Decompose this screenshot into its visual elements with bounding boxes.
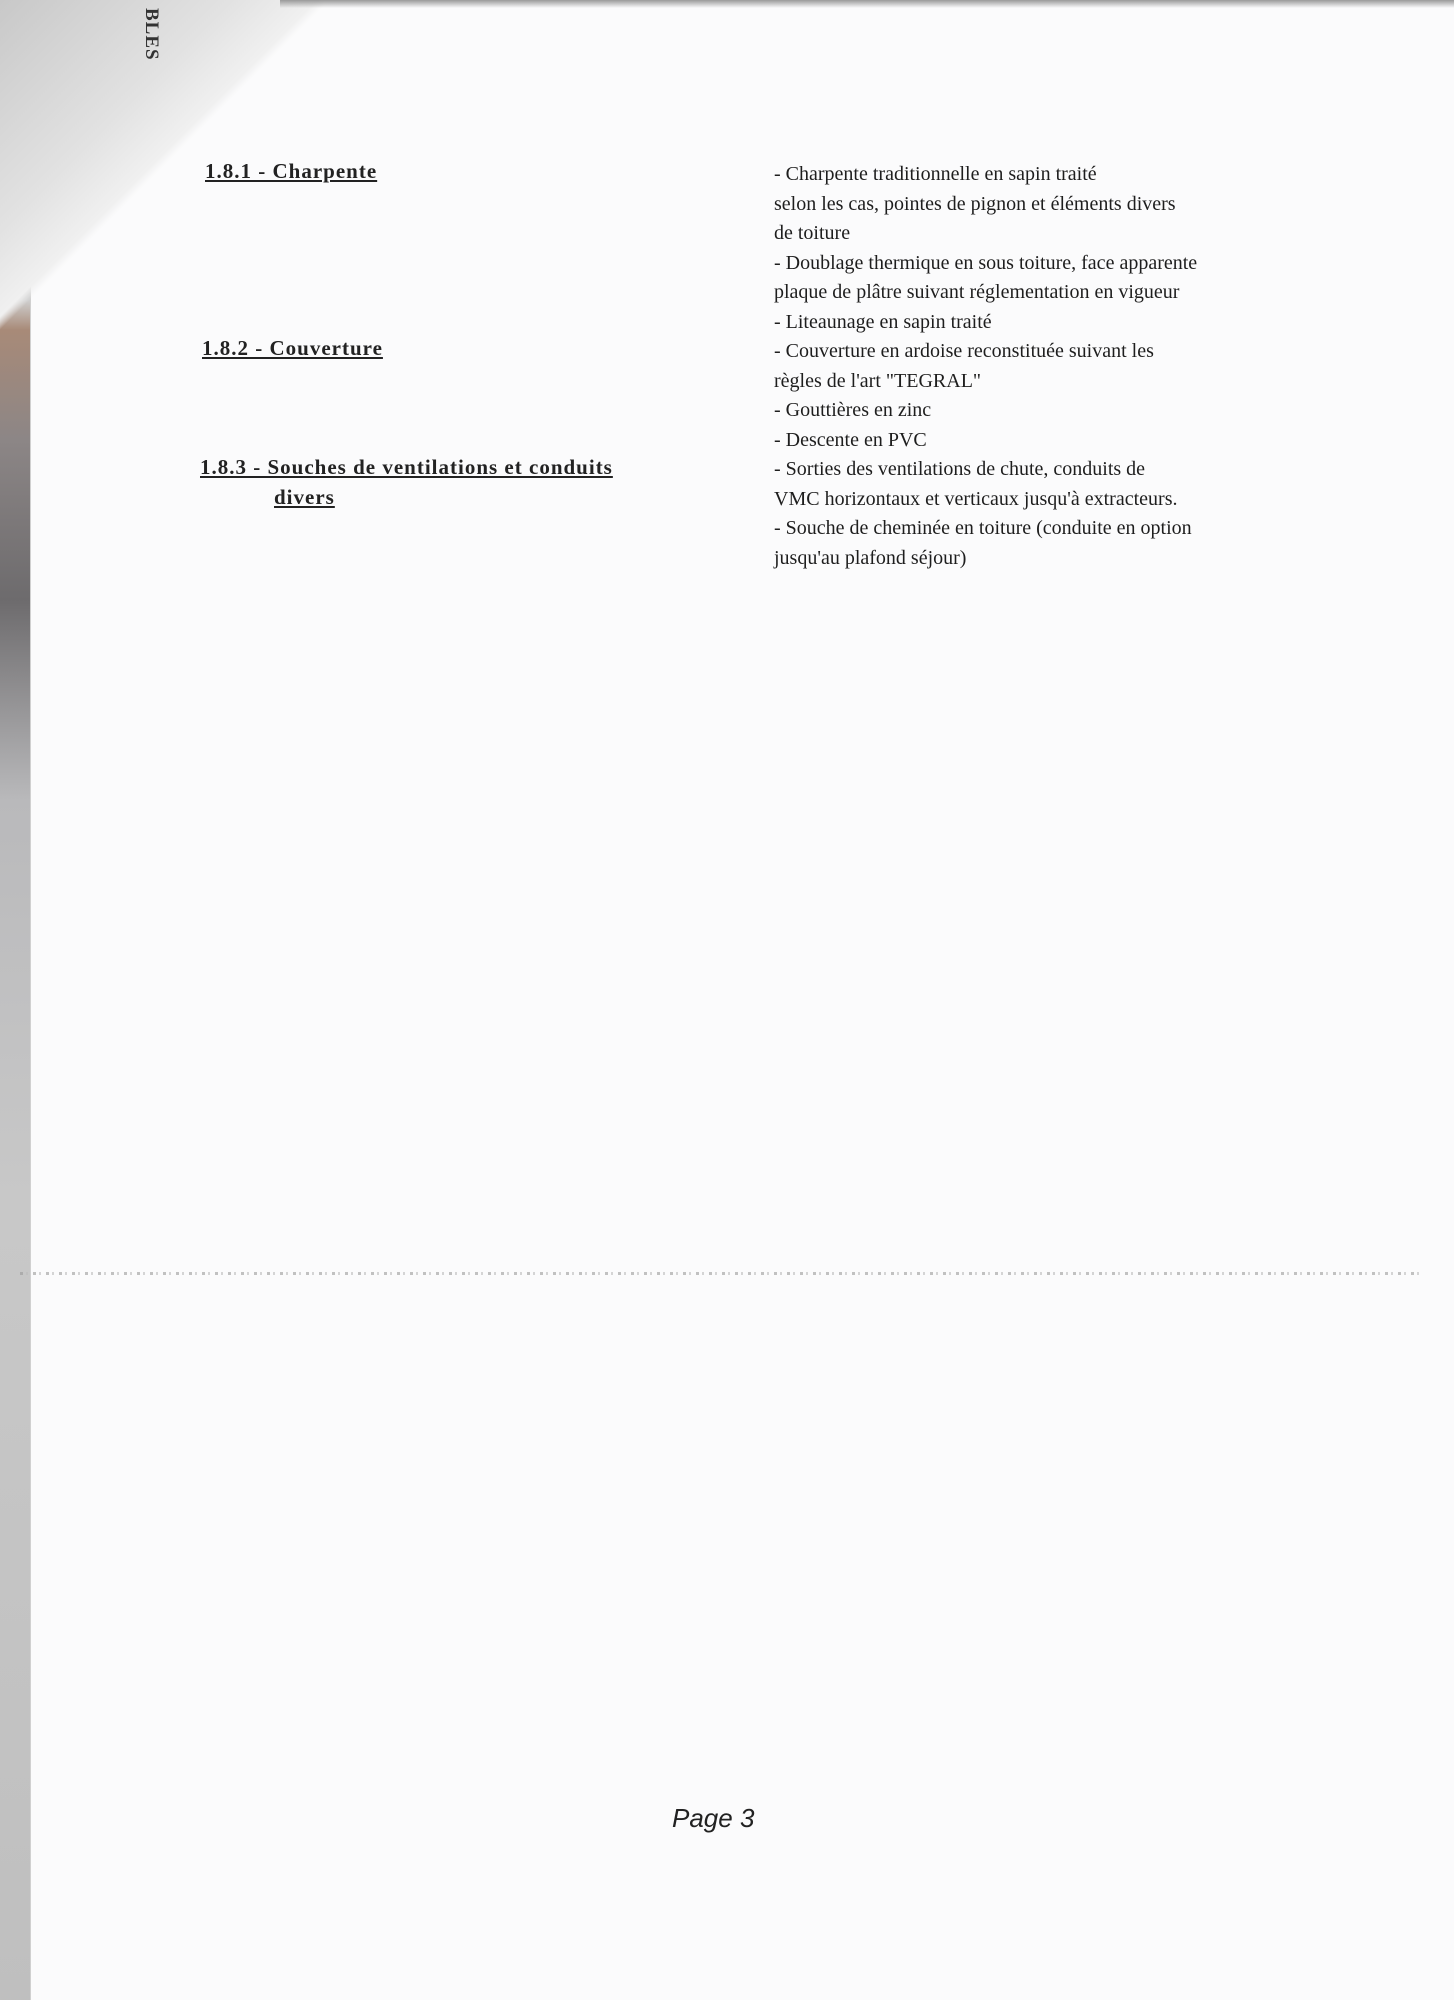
description-line: - Charpente traditionnelle en sapin trai… [774,160,1294,190]
section-title-continuation: divers [200,482,720,512]
description-line: VMC horizontaux et verticaux jusqu'à ext… [774,485,1294,515]
description-line: selon les cas, pointes de pignon et élém… [774,190,1294,220]
scan-top-shadow [280,0,1454,8]
description-line: plaque de plâtre suivant réglementation … [774,278,1294,308]
description-line: - Souche de cheminée en toiture (conduit… [774,514,1294,544]
description-line: - Descente en PVC [774,426,1294,456]
section-title: 1.8.1 - Charpente [205,159,377,183]
description-line: - Doublage thermique en sous toiture, fa… [774,249,1294,279]
description-line: - Liteaunage en sapin traité [774,308,1294,338]
description-line: jusqu'au plafond séjour) [774,544,1294,574]
description-line: règles de l'art "TEGRAL" [774,367,1294,397]
description-line: de toiture [774,219,1294,249]
section-title: 1.8.3 - Souches de ventilations et condu… [200,455,613,479]
section-title: 1.8.2 - Couverture [202,336,383,360]
description-line: - Sorties des ventilations de chute, con… [774,455,1294,485]
description-column: - Charpente traditionnelle en sapin trai… [774,160,1294,573]
section-heading-charpente: 1.8.1 - Charpente [205,156,377,186]
section-heading-couverture: 1.8.2 - Couverture [202,333,383,363]
section-heading-souches: 1.8.3 - Souches de ventilations et condu… [200,452,720,512]
page-number: Page 3 [672,1803,754,1834]
edge-tag: BLES [140,8,162,61]
scan-artifact-line [20,1272,1420,1275]
description-line: - Couverture en ardoise reconstituée sui… [774,337,1294,367]
description-line: - Gouttières en zinc [774,396,1294,426]
